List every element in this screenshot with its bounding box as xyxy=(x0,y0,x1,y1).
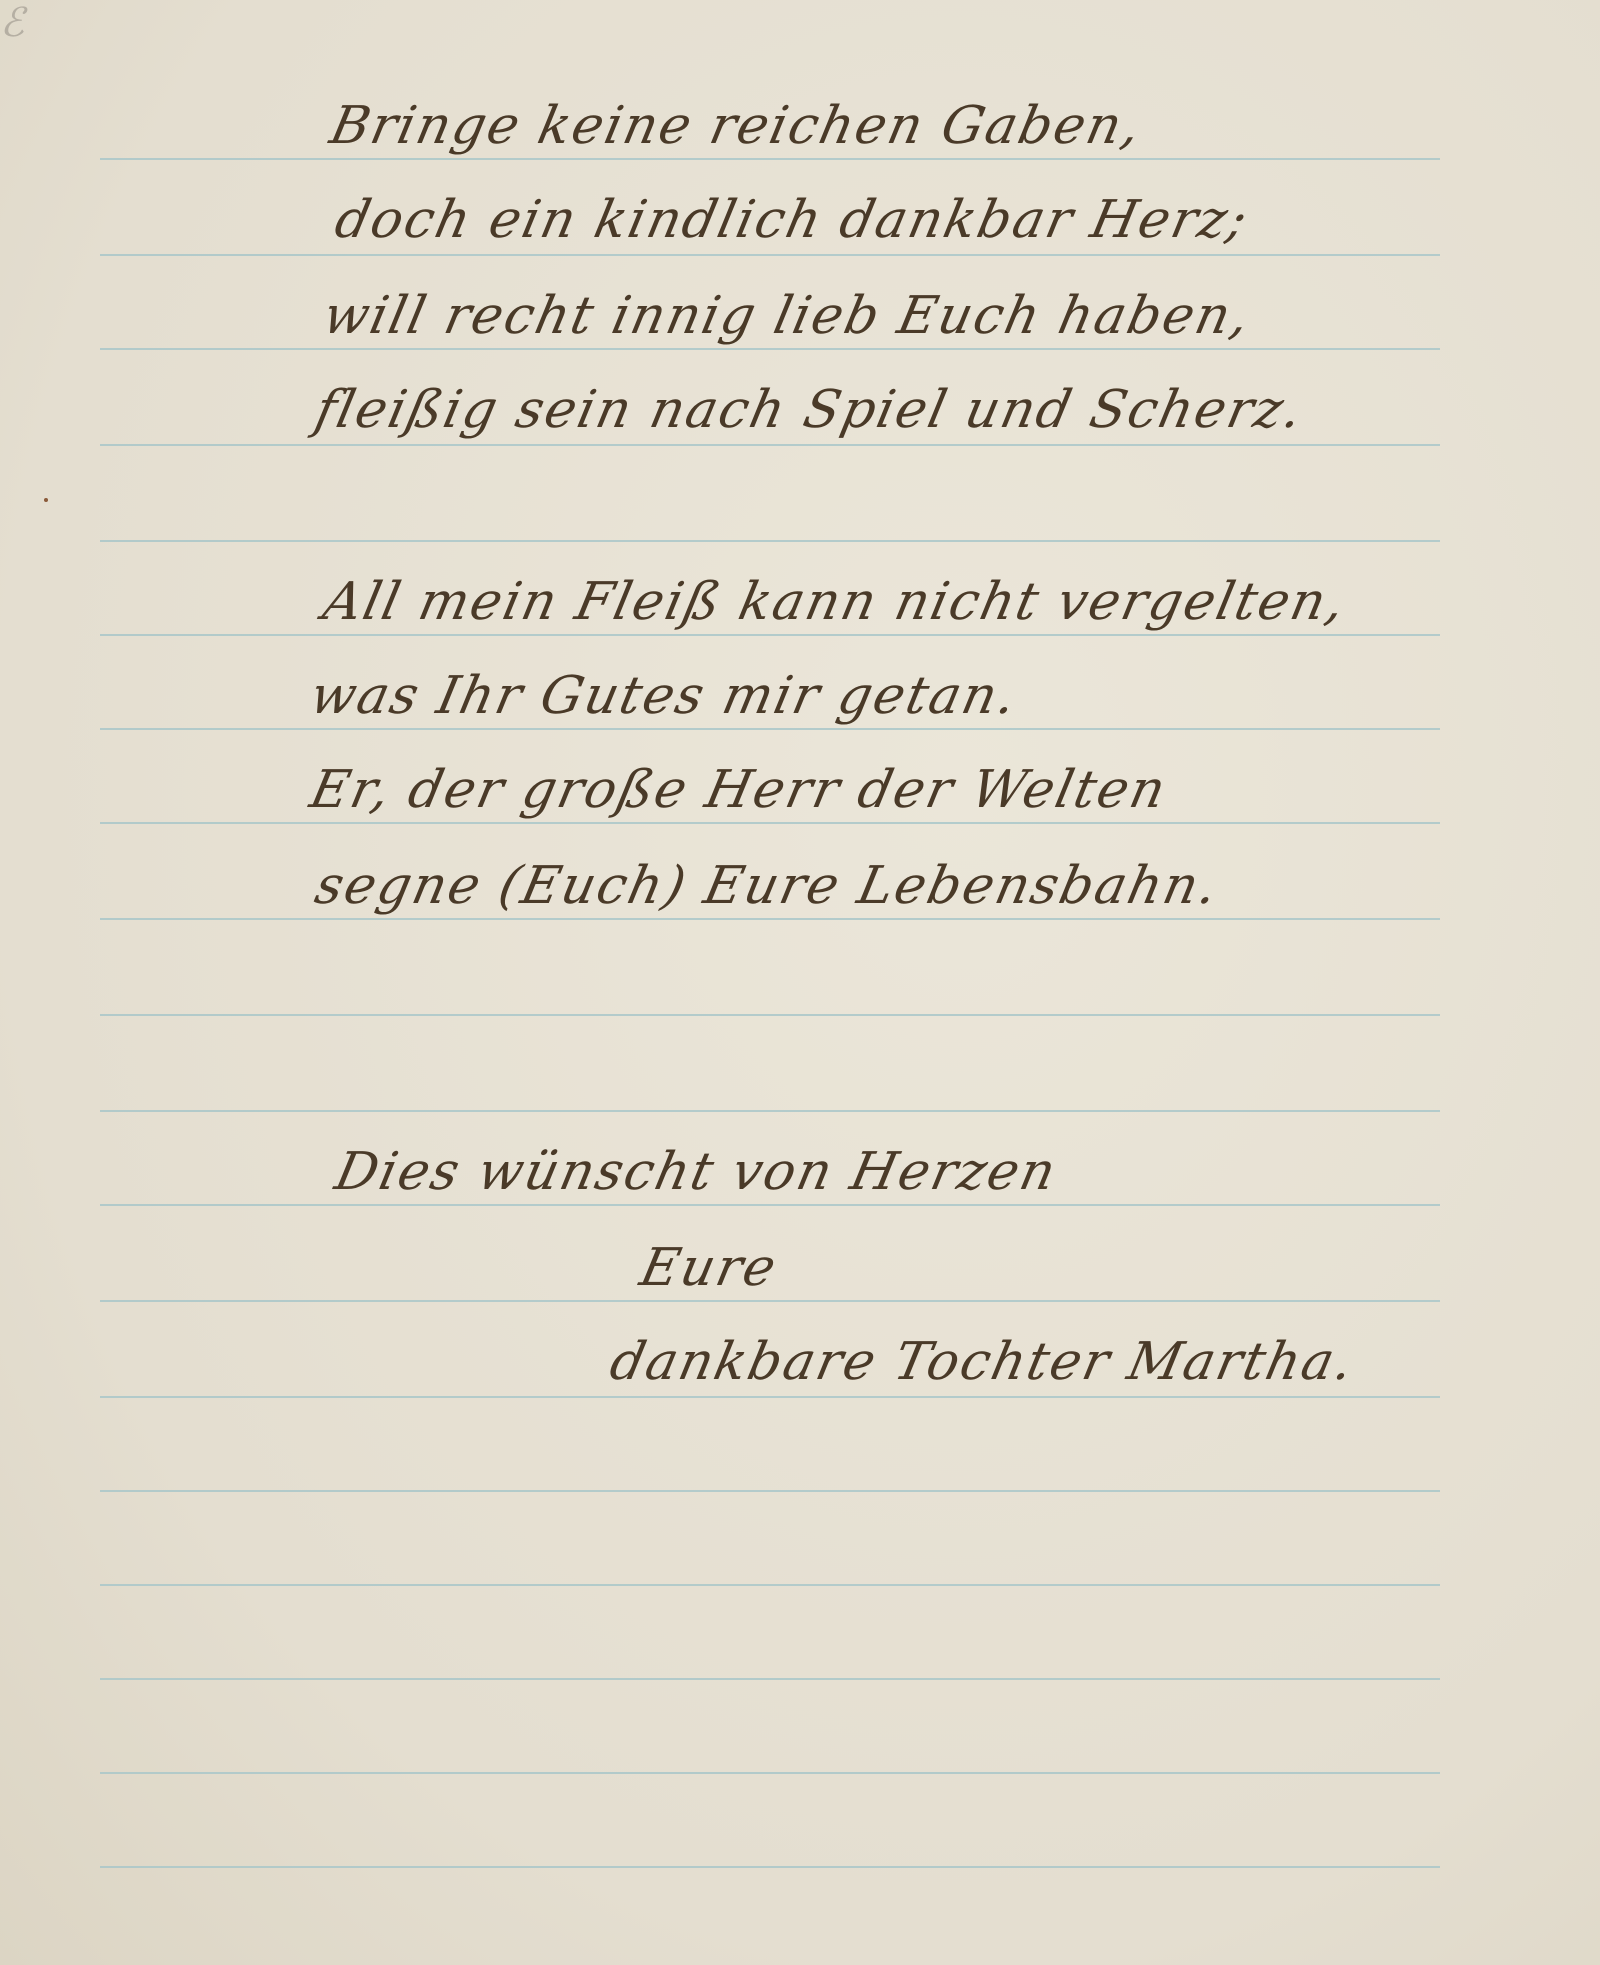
ruled-line xyxy=(100,1300,1440,1302)
ruled-line xyxy=(100,728,1440,730)
ruled-line xyxy=(100,1584,1440,1586)
verse-line: Bringe keine reichen Gaben, xyxy=(325,96,1148,156)
verse-line: will recht innig lieb Euch haben, xyxy=(318,286,1256,346)
ruled-line xyxy=(100,1110,1440,1112)
closing-pronoun: Eure xyxy=(635,1238,783,1298)
ruled-line xyxy=(100,1772,1440,1774)
paper-page: ℰ Bringe keine reichen Gaben, doch ein k… xyxy=(0,0,1600,1965)
pencil-mark: ℰ xyxy=(0,0,24,46)
ruled-line xyxy=(100,540,1440,542)
ruled-line xyxy=(100,254,1440,256)
closing-greeting: Dies wünscht von Herzen xyxy=(330,1142,1063,1202)
ruled-line xyxy=(100,444,1440,446)
verse-line: doch ein kindlich dankbar Herz; xyxy=(330,190,1254,250)
ruled-line xyxy=(100,918,1440,920)
ruled-line xyxy=(100,158,1440,160)
verse-line: Er, der große Herr der Welten xyxy=(305,760,1172,820)
ruled-line xyxy=(100,1396,1440,1398)
signature: dankbare Tochter Martha. xyxy=(605,1332,1360,1392)
verse-line: fleißig sein nach Spiel und Scherz. xyxy=(310,380,1309,440)
ruled-line xyxy=(100,348,1440,350)
ruled-line xyxy=(100,822,1440,824)
ruled-line xyxy=(100,1490,1440,1492)
ruled-line xyxy=(100,1866,1440,1868)
ruled-line xyxy=(100,1014,1440,1016)
ruled-line xyxy=(100,1678,1440,1680)
verse-line: segne (Euch) Eure Lebensbahn. xyxy=(310,856,1224,916)
ink-speck xyxy=(44,498,48,502)
ruled-line xyxy=(100,1204,1440,1206)
ruled-line xyxy=(100,634,1440,636)
verse-line: All mein Fleiß kann nicht vergelten, xyxy=(318,572,1352,632)
verse-line: was Ihr Gutes mir getan. xyxy=(305,666,1023,726)
